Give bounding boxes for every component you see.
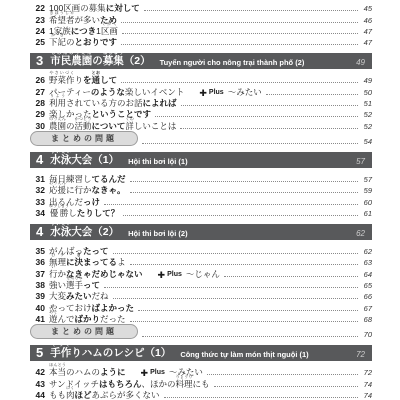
item-number: 27	[30, 88, 45, 97]
kanji-text: 野菜作	[49, 75, 75, 85]
furigana-text: にく	[66, 385, 75, 390]
furigana-text: き	[75, 252, 84, 257]
plain-text: だった	[100, 314, 126, 324]
item-text: 強い選手せんしゅって	[49, 275, 100, 290]
toc-item-row: 32応援おうえんに行かなきゃ。59	[30, 184, 372, 195]
item-number: 25	[30, 38, 45, 47]
text-segment: して	[100, 75, 117, 85]
page-number: 47	[361, 39, 372, 47]
text-segment: に行か	[66, 185, 92, 195]
plain-text: の	[92, 55, 103, 67]
kanji-text: 手作	[50, 347, 71, 359]
text-segment: について	[92, 121, 126, 131]
plain-text: り	[75, 75, 84, 85]
text-segment: 野菜作やさいづく	[49, 75, 75, 85]
page-number: 60	[361, 199, 372, 207]
plain-text: されている方のお話	[66, 98, 143, 108]
page-number: 45	[361, 5, 372, 13]
plus-icon: ✚	[199, 89, 207, 97]
furigana-text: くわ	[125, 116, 134, 121]
plain-text: んで	[58, 314, 75, 324]
furigana-text: ゆうしょう	[49, 203, 69, 208]
furigana-text: りょうり	[176, 374, 193, 379]
kanji-text: 通	[92, 75, 101, 85]
page-number: 68	[361, 316, 372, 324]
text-segment: しいことは	[134, 121, 177, 131]
item-number: 29	[30, 110, 45, 119]
page-number: 70	[361, 331, 372, 339]
plain-text: を	[83, 75, 92, 85]
furigana-text: い	[49, 264, 58, 269]
page-number: 49	[361, 77, 372, 85]
text-segment: 強い	[49, 280, 66, 290]
plain-text: の	[66, 37, 75, 47]
text-segment: によれば	[143, 98, 177, 108]
item-text: 利用りようされている方のお話によれば	[49, 93, 177, 108]
plain-text: 大変	[49, 291, 66, 301]
dotted-leader	[121, 44, 358, 45]
section-number: 3	[36, 55, 43, 67]
furigana-text: ほんとう	[49, 362, 66, 367]
item-number: 38	[30, 281, 45, 290]
furigana-text: かつどう	[75, 116, 92, 121]
plain-text: って	[83, 280, 100, 290]
dotted-leader	[142, 336, 358, 337]
item-number: 23	[30, 16, 45, 25]
section-header-bar: 4水泳すいえい大会（1）Hội thi bơi lội (1)57	[30, 152, 372, 168]
kanji-text: 応援	[49, 185, 66, 195]
text-segment: 下記かき	[49, 37, 66, 47]
section-number: 4	[36, 226, 43, 238]
page-number: 57	[361, 176, 372, 184]
plain-text: によれば	[143, 98, 177, 108]
toc-item-row: 28利用りようされている方のお話によれば51	[30, 97, 372, 108]
dotted-leader	[214, 386, 358, 387]
dotted-leader	[123, 215, 358, 216]
dotted-leader	[121, 22, 358, 23]
kanji-text: 活動	[75, 121, 92, 131]
toc-item-row: 34優勝ゆうしょうしたりして？61	[30, 207, 372, 218]
plain-text: だね	[92, 291, 109, 301]
section-header-bar: 3市民農園しみんのうえんの募集ぼしゅう（2）Tuyển người cho nô…	[30, 53, 372, 69]
text-segment: 優勝ゆうしょう	[49, 208, 68, 218]
item-number: 37	[30, 270, 45, 279]
text-segment: 農園のうえん	[49, 121, 66, 131]
plus-icon: ✚	[158, 271, 166, 279]
page-number: 50	[361, 89, 372, 97]
page-number: 52	[361, 123, 372, 131]
ruby-base: 農園のうえん	[49, 121, 66, 131]
plain-text: ばかり	[75, 314, 101, 324]
plus-label: Plus	[209, 89, 224, 97]
page-number: 74	[361, 381, 372, 389]
plus-label: Plus	[167, 271, 182, 279]
text-segment: 遊あそ	[49, 314, 58, 324]
page-number: 72	[361, 369, 372, 377]
furigana-text: ぼしゅう	[103, 50, 124, 55]
section-header-bar: 5手作てづくりハムのレシピ（1）Công thức tự làm món thị…	[30, 345, 372, 361]
dotted-leader	[164, 397, 358, 398]
kanji-text: 肉	[66, 390, 75, 400]
plain-text: みたい	[66, 291, 92, 301]
text-segment: 応援おうえん	[49, 185, 66, 195]
text-segment: 選手せんしゅ	[66, 280, 83, 290]
plain-text: もも	[49, 390, 66, 400]
furigana-text: すいえい	[50, 221, 71, 226]
plain-text: とおりです	[75, 37, 118, 47]
dotted-leader	[130, 264, 358, 265]
item-number: 39	[30, 292, 45, 301]
page-number: 62	[361, 248, 372, 256]
plain-text: 大会（1）	[71, 154, 119, 166]
item-number: 26	[30, 76, 45, 85]
section-subtitle-vietnamese: Công thức tự làm món thịt nguội (1)	[180, 350, 308, 359]
section-page-number: 72	[356, 350, 365, 359]
ruby-base: 市民農園しみんのうえん	[50, 55, 92, 67]
kanji-text: 優勝	[49, 208, 69, 218]
text-segment: 水泳すいえい	[50, 154, 71, 166]
text-segment: の	[92, 55, 103, 67]
plain-text: について	[92, 121, 126, 131]
plain-text: し	[68, 208, 77, 218]
section-number: 5	[36, 347, 43, 359]
toc-item-row: 38強い選手せんしゅって65	[30, 279, 372, 290]
ruby-base: 優勝ゆうしょう	[49, 208, 68, 218]
item-number: 43	[30, 380, 45, 389]
plain-text: あぶらが多くない	[92, 390, 160, 400]
dotted-leader	[130, 321, 358, 322]
page-number: 51	[361, 100, 372, 108]
page-number: 67	[361, 305, 372, 313]
kanji-text: 農園	[49, 121, 66, 131]
kanji-text: 詳	[125, 121, 134, 131]
furigana-text: せんしゅ	[66, 275, 83, 280]
page-number: 74	[361, 392, 372, 400]
dotted-leader	[155, 116, 358, 117]
section-page-number: 49	[356, 58, 365, 67]
section-title: 水泳すいえい大会（2）	[50, 221, 119, 238]
text-segment: の	[66, 37, 75, 47]
item-text: 遊あそんでばかりだった	[49, 309, 126, 324]
text-segment: 募集ぼしゅう	[103, 55, 124, 67]
item-number: 41	[30, 315, 45, 324]
text-segment: 通とお	[92, 75, 101, 85]
text-segment: を	[83, 75, 92, 85]
plain-text: の	[66, 121, 75, 131]
ruby-base: 詳くわ	[125, 121, 134, 131]
furigana-text: かき	[49, 32, 66, 37]
ruby-base: 水泳すいえい	[50, 154, 71, 166]
summary-problems-badge: まとめの問題	[30, 324, 138, 339]
ruby-base: 水泳すいえい	[50, 226, 71, 238]
text-segment: だった	[100, 314, 126, 324]
summary-problems-row: まとめの問題54	[30, 133, 372, 146]
text-segment: されている方のお話	[66, 98, 143, 108]
kanji-text: 利用	[49, 98, 66, 108]
ruby-base: 手作てづく	[50, 347, 71, 359]
kanji-text: 募集	[103, 55, 124, 67]
section-subtitle-vietnamese: Hội thi bơi lội (2)	[128, 229, 188, 238]
furigana-text: きぼうしゃ	[49, 10, 75, 15]
page-number: 46	[361, 17, 372, 25]
dotted-leader	[121, 82, 358, 83]
plain-text: （2）	[124, 55, 151, 67]
dotted-leader	[104, 204, 358, 205]
page-number: 65	[361, 282, 372, 290]
item-number: 28	[30, 99, 45, 108]
item-number: 40	[30, 304, 45, 313]
furigana-text: のうえん	[49, 116, 66, 121]
ruby-base: 応援おうえん	[49, 185, 66, 195]
plain-text: りハムのレシピ（1）	[71, 347, 171, 359]
plain-text: にも	[193, 379, 210, 389]
text-segment: ばかり	[75, 314, 101, 324]
text-segment: あぶらが多くない	[92, 390, 160, 400]
text-segment: 詳くわ	[125, 121, 134, 131]
plain-text: 強い	[49, 280, 66, 290]
item-number: 30	[30, 122, 45, 131]
furigana-text: おうえん	[49, 180, 66, 185]
item-text: 野菜作やさいづくりを通とおして	[49, 70, 117, 85]
text-segment: んで	[58, 314, 75, 324]
page-number: 54	[361, 138, 372, 146]
section-subtitle-vietnamese: Tuyển người cho nông trại thành phố (2)	[160, 58, 305, 67]
ruby-base: 通とお	[92, 75, 101, 85]
kanji-text: 水泳	[50, 154, 71, 166]
text-segment: 大会（2）	[71, 226, 119, 238]
furigana-text: やさいづく	[49, 70, 75, 75]
ruby-base: 募集ぼしゅう	[103, 55, 124, 67]
text-segment: 大会（1）	[71, 154, 119, 166]
ruby-base: 料理りょうり	[176, 379, 193, 389]
furigana-text: むり	[49, 252, 66, 257]
section-title: 手作てづくりハムのレシピ（1）	[50, 342, 171, 359]
dotted-leader	[122, 33, 358, 34]
item-number: 33	[30, 198, 45, 207]
text-segment: もも	[49, 390, 66, 400]
dotted-leader	[224, 276, 358, 277]
item-text: 下記かきのとおりです	[49, 32, 117, 47]
furigana-text: りよう	[49, 93, 66, 98]
furigana-text: しみんのうえん	[50, 50, 92, 55]
dotted-leader	[113, 298, 358, 299]
page-number: 52	[361, 111, 372, 119]
item-text: 応援おうえんに行かなきゃ。	[49, 180, 126, 195]
dotted-leader	[144, 10, 358, 11]
plain-text: して	[100, 75, 117, 85]
text-segment: 料理りょうり	[176, 379, 193, 389]
text-segment: みたい	[66, 291, 92, 301]
text-segment: なきゃ。	[92, 185, 126, 195]
text-segment: って	[83, 280, 100, 290]
item-text: 優勝ゆうしょうしたりして？	[49, 203, 119, 218]
furigana-text: てづく	[50, 342, 71, 347]
section-title: 市民農園しみんのうえんの募集ぼしゅう（2）	[50, 50, 150, 67]
text-segment: り	[75, 75, 84, 85]
section-page-number: 62	[356, 229, 365, 238]
text-segment: 肉にく	[66, 390, 75, 400]
dotted-leader	[181, 105, 358, 106]
furigana-text: すいえい	[50, 149, 71, 154]
item-number: 34	[30, 209, 45, 218]
dotted-leader	[113, 253, 358, 254]
kanji-text: 遊	[49, 314, 58, 324]
dotted-leader	[130, 181, 358, 182]
text-segment: 市民農園しみんのうえん	[50, 55, 92, 67]
dotted-leader	[138, 310, 358, 311]
ruby-base: 野菜作やさいづく	[49, 75, 75, 85]
text-segment: 手作てづく	[50, 347, 71, 359]
summary-problems-badge: まとめの問題	[30, 131, 138, 146]
ruby-base: 利用りよう	[49, 98, 66, 108]
toc-item-row: 26野菜作やさいづくりを通とおして49	[30, 74, 372, 85]
text-segment: にも	[193, 379, 210, 389]
ruby-base: 選手せんしゅ	[66, 280, 83, 290]
toc-item-row: 39大変みたいだね66	[30, 290, 372, 301]
text-segment: の	[66, 121, 75, 131]
dotted-leader	[104, 287, 358, 288]
item-number: 24	[30, 27, 45, 36]
summary-problems-row: まとめの問題70	[30, 326, 372, 339]
text-segment: りハムのレシピ（1）	[71, 347, 171, 359]
kanji-text: 下記	[49, 37, 66, 47]
section-title: 水泳すいえい大会（1）	[50, 149, 119, 166]
text-segment: たりして？	[77, 208, 120, 218]
text-segment: し	[68, 208, 77, 218]
page-number: 63	[361, 259, 372, 267]
kanji-text: 市民農園	[50, 55, 92, 67]
plus-grammar-text: ～みたい	[228, 88, 262, 97]
item-number: 32	[30, 186, 45, 195]
item-text: 農園のうえんの活動かつどうについて詳くわしいことは	[49, 116, 176, 131]
plain-text: 大会（2）	[71, 226, 119, 238]
item-number: 35	[30, 247, 45, 256]
item-text: もも肉にくほどあぶらが多くない	[49, 385, 160, 400]
dotted-leader	[180, 128, 358, 129]
item-number: 44	[30, 391, 45, 400]
toc-item-row: 41遊あそんでばかりだった68	[30, 313, 372, 324]
page-number: 59	[361, 187, 372, 195]
text-segment: とおりです	[75, 37, 118, 47]
ruby-base: 下記かき	[49, 37, 66, 47]
table-of-contents: 22100区画の募集に対して4523希望者きぼうしゃが多いため46241家族につ…	[0, 0, 400, 400]
furigana-text: とお	[92, 70, 101, 75]
section-subtitle-vietnamese: Hội thi bơi lội (1)	[128, 157, 188, 166]
plain-text: ほど	[75, 390, 92, 400]
ruby-base: 肉にく	[66, 390, 75, 400]
plain-text: しいことは	[134, 121, 177, 131]
plus-grammar-text: ～じゃん	[186, 270, 220, 279]
page-number: 64	[361, 271, 372, 279]
text-segment: 水泳すいえい	[50, 226, 71, 238]
plus-marker: ✚Plus	[199, 89, 223, 97]
dotted-leader	[130, 192, 358, 193]
text-segment: 活動かつどう	[75, 121, 92, 131]
section-number: 4	[36, 154, 43, 166]
text-segment: 利用りよう	[49, 98, 66, 108]
text-segment: （2）	[124, 55, 151, 67]
kanji-text: 水泳	[50, 226, 71, 238]
plain-text: たりして？	[77, 208, 120, 218]
toc-item-row: 25下記かきのとおりです47	[30, 36, 372, 47]
ruby-base: 遊あそ	[49, 314, 58, 324]
plain-text: に行か	[66, 185, 92, 195]
section-page-number: 57	[356, 157, 365, 166]
text-segment: ほど	[75, 390, 92, 400]
page-number: 47	[361, 28, 372, 36]
item-number: 36	[30, 258, 45, 267]
item-number: 42	[30, 368, 45, 377]
dotted-leader	[207, 374, 358, 375]
dotted-leader	[142, 143, 358, 144]
text-segment: だね	[92, 291, 109, 301]
plain-text: なきゃ。	[92, 185, 126, 195]
page-number: 66	[361, 293, 372, 301]
item-text: 大変みたいだね	[49, 292, 109, 301]
toc-item-row: 44もも肉にくほどあぶらが多くない74	[30, 389, 372, 400]
toc-item-row: 30農園のうえんの活動かつどうについて詳くわしいことは52	[30, 119, 372, 130]
section-header-bar: 4水泳すいえい大会（2）Hội thi bơi lội (2)62	[30, 224, 372, 240]
page-number: 61	[361, 210, 372, 218]
text-segment: 大変	[49, 291, 66, 301]
kanji-text: 料理	[176, 379, 193, 389]
furigana-text: くかく	[101, 21, 118, 26]
furigana-text: あそ	[49, 309, 58, 314]
item-number: 31	[30, 175, 45, 184]
item-number: 22	[30, 4, 45, 13]
dotted-leader	[266, 94, 358, 95]
plus-marker: ✚Plus	[158, 271, 182, 279]
ruby-base: 活動かつどう	[75, 121, 92, 131]
kanji-text: 選手	[66, 280, 83, 290]
